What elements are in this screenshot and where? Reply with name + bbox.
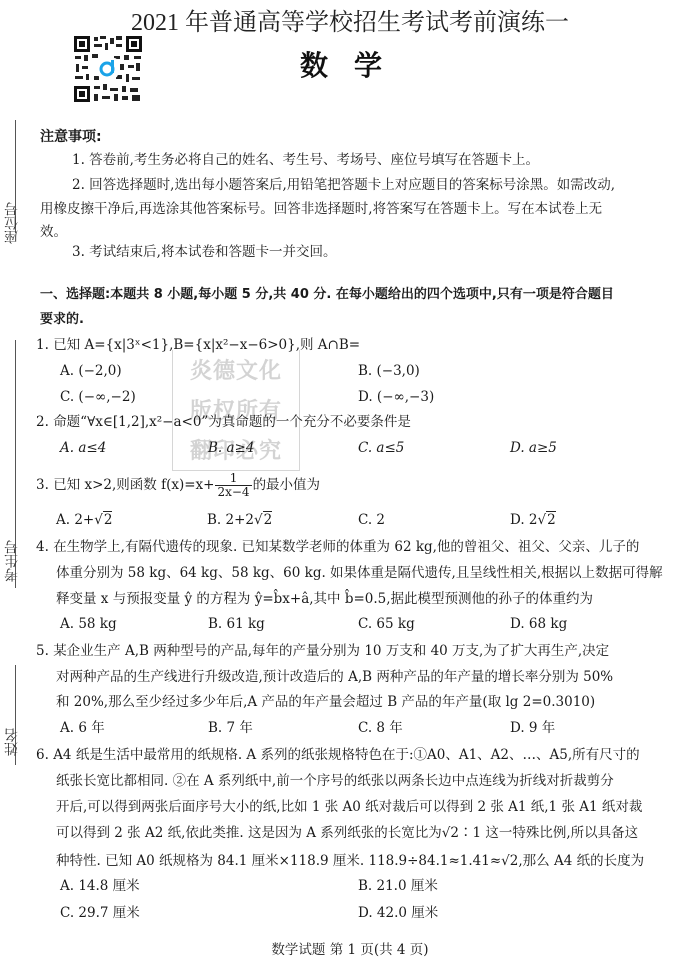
question-6-line-4: 可以得到 2 张 A2 纸,依此类推. 这是因为 A 系列纸张的长宽比为√2∶1… [56, 823, 638, 843]
notice-title: 注意事项: [40, 126, 102, 146]
question-stem: 命题“∀x∈[1,2],x²−a<0”为真命题的一个充分不必要条件是 [53, 414, 411, 430]
option-text: B. 2+2 [207, 512, 254, 528]
radicand: 2 [103, 511, 113, 528]
question-number: 1. [36, 337, 49, 353]
q4-option-d: D. 68 kg [510, 614, 567, 634]
question-number: 2. [36, 414, 49, 430]
q5-option-b: B. 7 年 [208, 718, 253, 738]
q1-option-b: B. (−3,0) [358, 361, 420, 381]
q2-option-a: A. a≤4 [60, 438, 106, 458]
q1-option-c: C. (−∞,−2) [60, 387, 136, 407]
question-stem-line-1: A4 纸是生活中最常用的纸规格. A 系列的纸张规格特色在于:①A0、A1、A2… [53, 747, 639, 763]
option-text: A. 2+ [56, 512, 94, 528]
question-4-line-3: 释变量 x 与预报变量 ŷ 的方程为 ŷ=b̂x+â,其中 b̂=0.5,据此模… [56, 589, 593, 609]
question-3: 3. 已知 x>2,则函数 f(x)=x+12x−4的最小值为 [36, 470, 320, 500]
question-5-line-2: 对两种产品的生产线进行升级改造,预计改造后的 A,B 两种产品的年产量的增长率分… [56, 667, 613, 687]
question-4: 4. 在生物学上,有隔代遗传的现象. 已知某数学老师的体重为 62 kg,他的曾… [36, 537, 639, 557]
q4-option-a: A. 58 kg [60, 614, 117, 634]
q2-option-d: D. a≥5 [510, 438, 557, 458]
exam-title: 2021 年普通高等学校招生考试考前演练一 [0, 2, 700, 37]
q6-option-a: A. 14.8 厘米 [60, 876, 140, 896]
question-stem-line-1: 在生物学上,有隔代遗传的现象. 已知某数学老师的体重为 62 kg,他的曾祖父、… [53, 539, 639, 555]
q4-option-c: C. 65 kg [358, 614, 415, 634]
question-number: 6. [36, 747, 49, 763]
subject-title: 数学 [300, 44, 408, 84]
question-5: 5. 某企业生产 A,B 两种型号的产品,每年的产量分别为 10 万支和 40 … [36, 641, 609, 661]
radicand: 2 [263, 511, 273, 528]
q3-option-d: D. 2√2 [510, 510, 556, 530]
q6-option-d: D. 42.0 厘米 [358, 903, 438, 923]
q6-option-c: C. 29.7 厘米 [60, 903, 140, 923]
notice-item-1: 1. 答卷前,考生务必将自己的姓名、考生号、考场号、座位号填写在答题卡上。 [72, 150, 539, 170]
q3-option-b: B. 2+2√2 [207, 510, 272, 530]
q6-option-b: B. 21.0 厘米 [358, 876, 438, 896]
radicand: 2 [546, 511, 556, 528]
question-stem-pre: 已知 x>2,则函数 f(x)=x+ [53, 477, 214, 493]
q1-option-a: A. (−2,0) [60, 361, 122, 381]
section-heading-cont: 要求的. [40, 310, 84, 330]
question-stem-post: 的最小值为 [253, 477, 321, 493]
page-footer: 数学试题 第 1 页(共 4 页) [0, 938, 700, 958]
q3-option-a: A. 2+√2 [56, 510, 112, 530]
question-6-line-5: 种特性. 已知 A0 纸规格为 84.1 厘米×118.9 厘米. 118.9÷… [56, 851, 644, 871]
question-number: 4. [36, 539, 49, 555]
seat-number-label: 座位号 [2, 202, 22, 244]
question-number: 3. [36, 477, 49, 493]
exam-number-label: 考生号 [2, 540, 22, 582]
question-2: 2. 命题“∀x∈[1,2],x²−a<0”为真命题的一个充分不必要条件是 [36, 412, 411, 432]
notice-item-2-end: 效。 [40, 222, 67, 242]
q2-option-c: C. a≤5 [358, 438, 404, 458]
q3-option-c: C. 2 [358, 510, 385, 530]
question-1: 1. 已知 A={x|3ˣ<1},B={x|x²−x−6>0},则 A∩B= [36, 335, 360, 355]
question-number: 5. [36, 643, 49, 659]
qr-code-icon [72, 34, 144, 104]
q5-option-c: C. 8 年 [358, 718, 403, 738]
q2-option-b: B. a≥4 [208, 438, 254, 458]
question-5-line-3: 和 20%,那么至少经过多少年后,A 产品的年产量会超过 B 产品的年产量(取 … [56, 692, 595, 712]
question-6: 6. A4 纸是生活中最常用的纸规格. A 系列的纸张规格特色在于:①A0、A1… [36, 745, 640, 765]
fraction: 12x−4 [215, 472, 251, 499]
q5-option-a: A. 6 年 [60, 718, 105, 738]
notice-item-3: 3. 考试结束后,将本试卷和答题卡一并交回。 [72, 242, 336, 262]
question-stem: 已知 A={x|3ˣ<1},B={x|x²−x−6>0},则 A∩B= [53, 337, 360, 353]
name-label: 姓名 [2, 728, 22, 756]
question-6-line-3: 开后,可以得到两张后面序号大小的纸,比如 1 张 A0 纸对裁后可以得到 2 张… [56, 797, 642, 817]
question-6-line-2: 纸张长宽比都相同. ②在 A 系列纸中,前一个序号的纸张以两条长边中点连线为折线… [56, 771, 614, 791]
notice-item-2: 2. 回答选择题时,选出每小题答案后,用铅笔把答题卡上对应题目的答案标号涂黑。如… [72, 175, 615, 195]
section-heading: 一、选择题:本题共 8 小题,每小题 5 分,共 40 分. 在每小题给出的四个… [40, 285, 614, 305]
question-stem-line-1: 某企业生产 A,B 两种型号的产品,每年的产量分别为 10 万支和 40 万支,… [53, 643, 609, 659]
notice-item-2-cont: 用橡皮擦干净后,再选涂其他答案标号。回答非选择题时,将答案写在答题卡上。写在本试… [40, 199, 602, 219]
q1-option-d: D. (−∞,−3) [358, 387, 434, 407]
option-text: D. 2 [510, 512, 538, 528]
q5-option-d: D. 9 年 [510, 718, 555, 738]
watermark-line-1: 炎德文化 [173, 352, 299, 392]
fraction-denominator: 2x−4 [215, 486, 251, 499]
fraction-numerator: 1 [215, 472, 251, 486]
question-4-line-2: 体重分别为 58 kg、64 kg、58 kg、60 kg. 如果体重是隔代遗传… [56, 563, 663, 583]
q4-option-b: B. 61 kg [208, 614, 265, 634]
